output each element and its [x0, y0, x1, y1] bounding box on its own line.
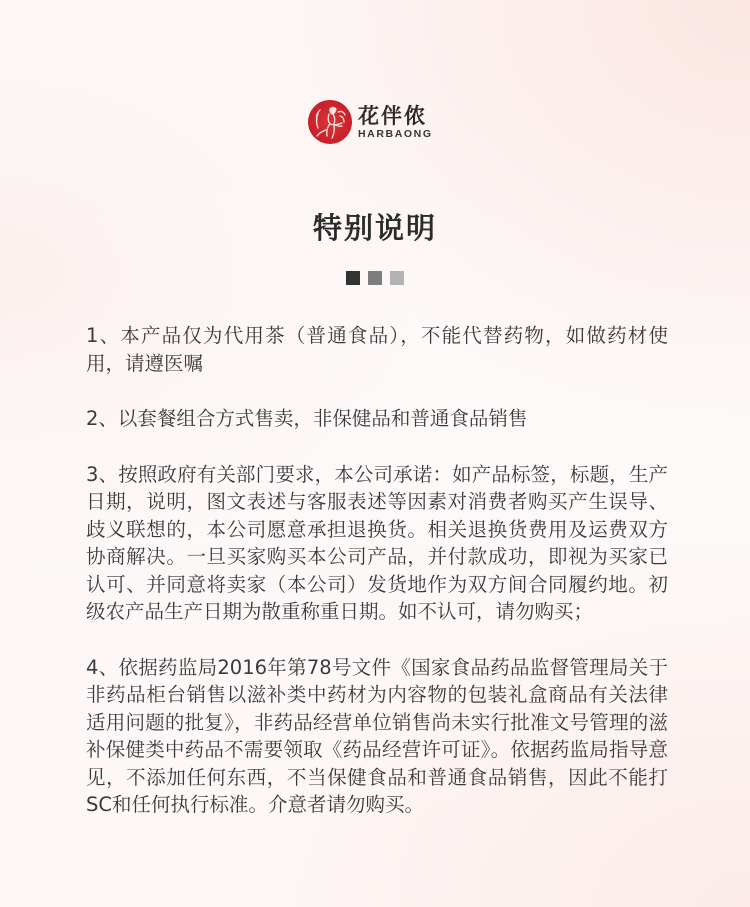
brand-logo: 花伴侬 HARBAONG: [308, 100, 433, 144]
notice-paragraph-4: 4、依据药监局2016年第78号文件《国家食品药品监督管理局关于非药品柜台销售以…: [86, 654, 668, 819]
notice-paragraph-1: 1、本产品仅为代用茶（普通食品），不能代替药物，如做药材使用，请遵医嘱: [86, 322, 668, 377]
brand-name-en: HARBAONG: [358, 128, 433, 140]
notice-body: 1、本产品仅为代用茶（普通食品），不能代替药物，如做药材使用，请遵医嘱 2、以套…: [86, 322, 668, 847]
notice-paragraph-3: 3、按照政府有关部门要求，本公司承诺：如产品标签，标题，生产日期，说明，图文表述…: [86, 461, 668, 626]
notice-paragraph-2: 2、以套餐组合方式售卖，非保健品和普通食品销售: [86, 405, 668, 433]
divider-dot-light: [390, 271, 404, 285]
page-title: 特别说明: [0, 208, 750, 248]
dancer-emblem-icon: [308, 100, 352, 144]
divider-dot-dark: [346, 271, 360, 285]
divider-dot-mid: [368, 271, 382, 285]
brand-name-cn: 花伴侬: [358, 104, 433, 128]
title-divider: [346, 271, 404, 285]
